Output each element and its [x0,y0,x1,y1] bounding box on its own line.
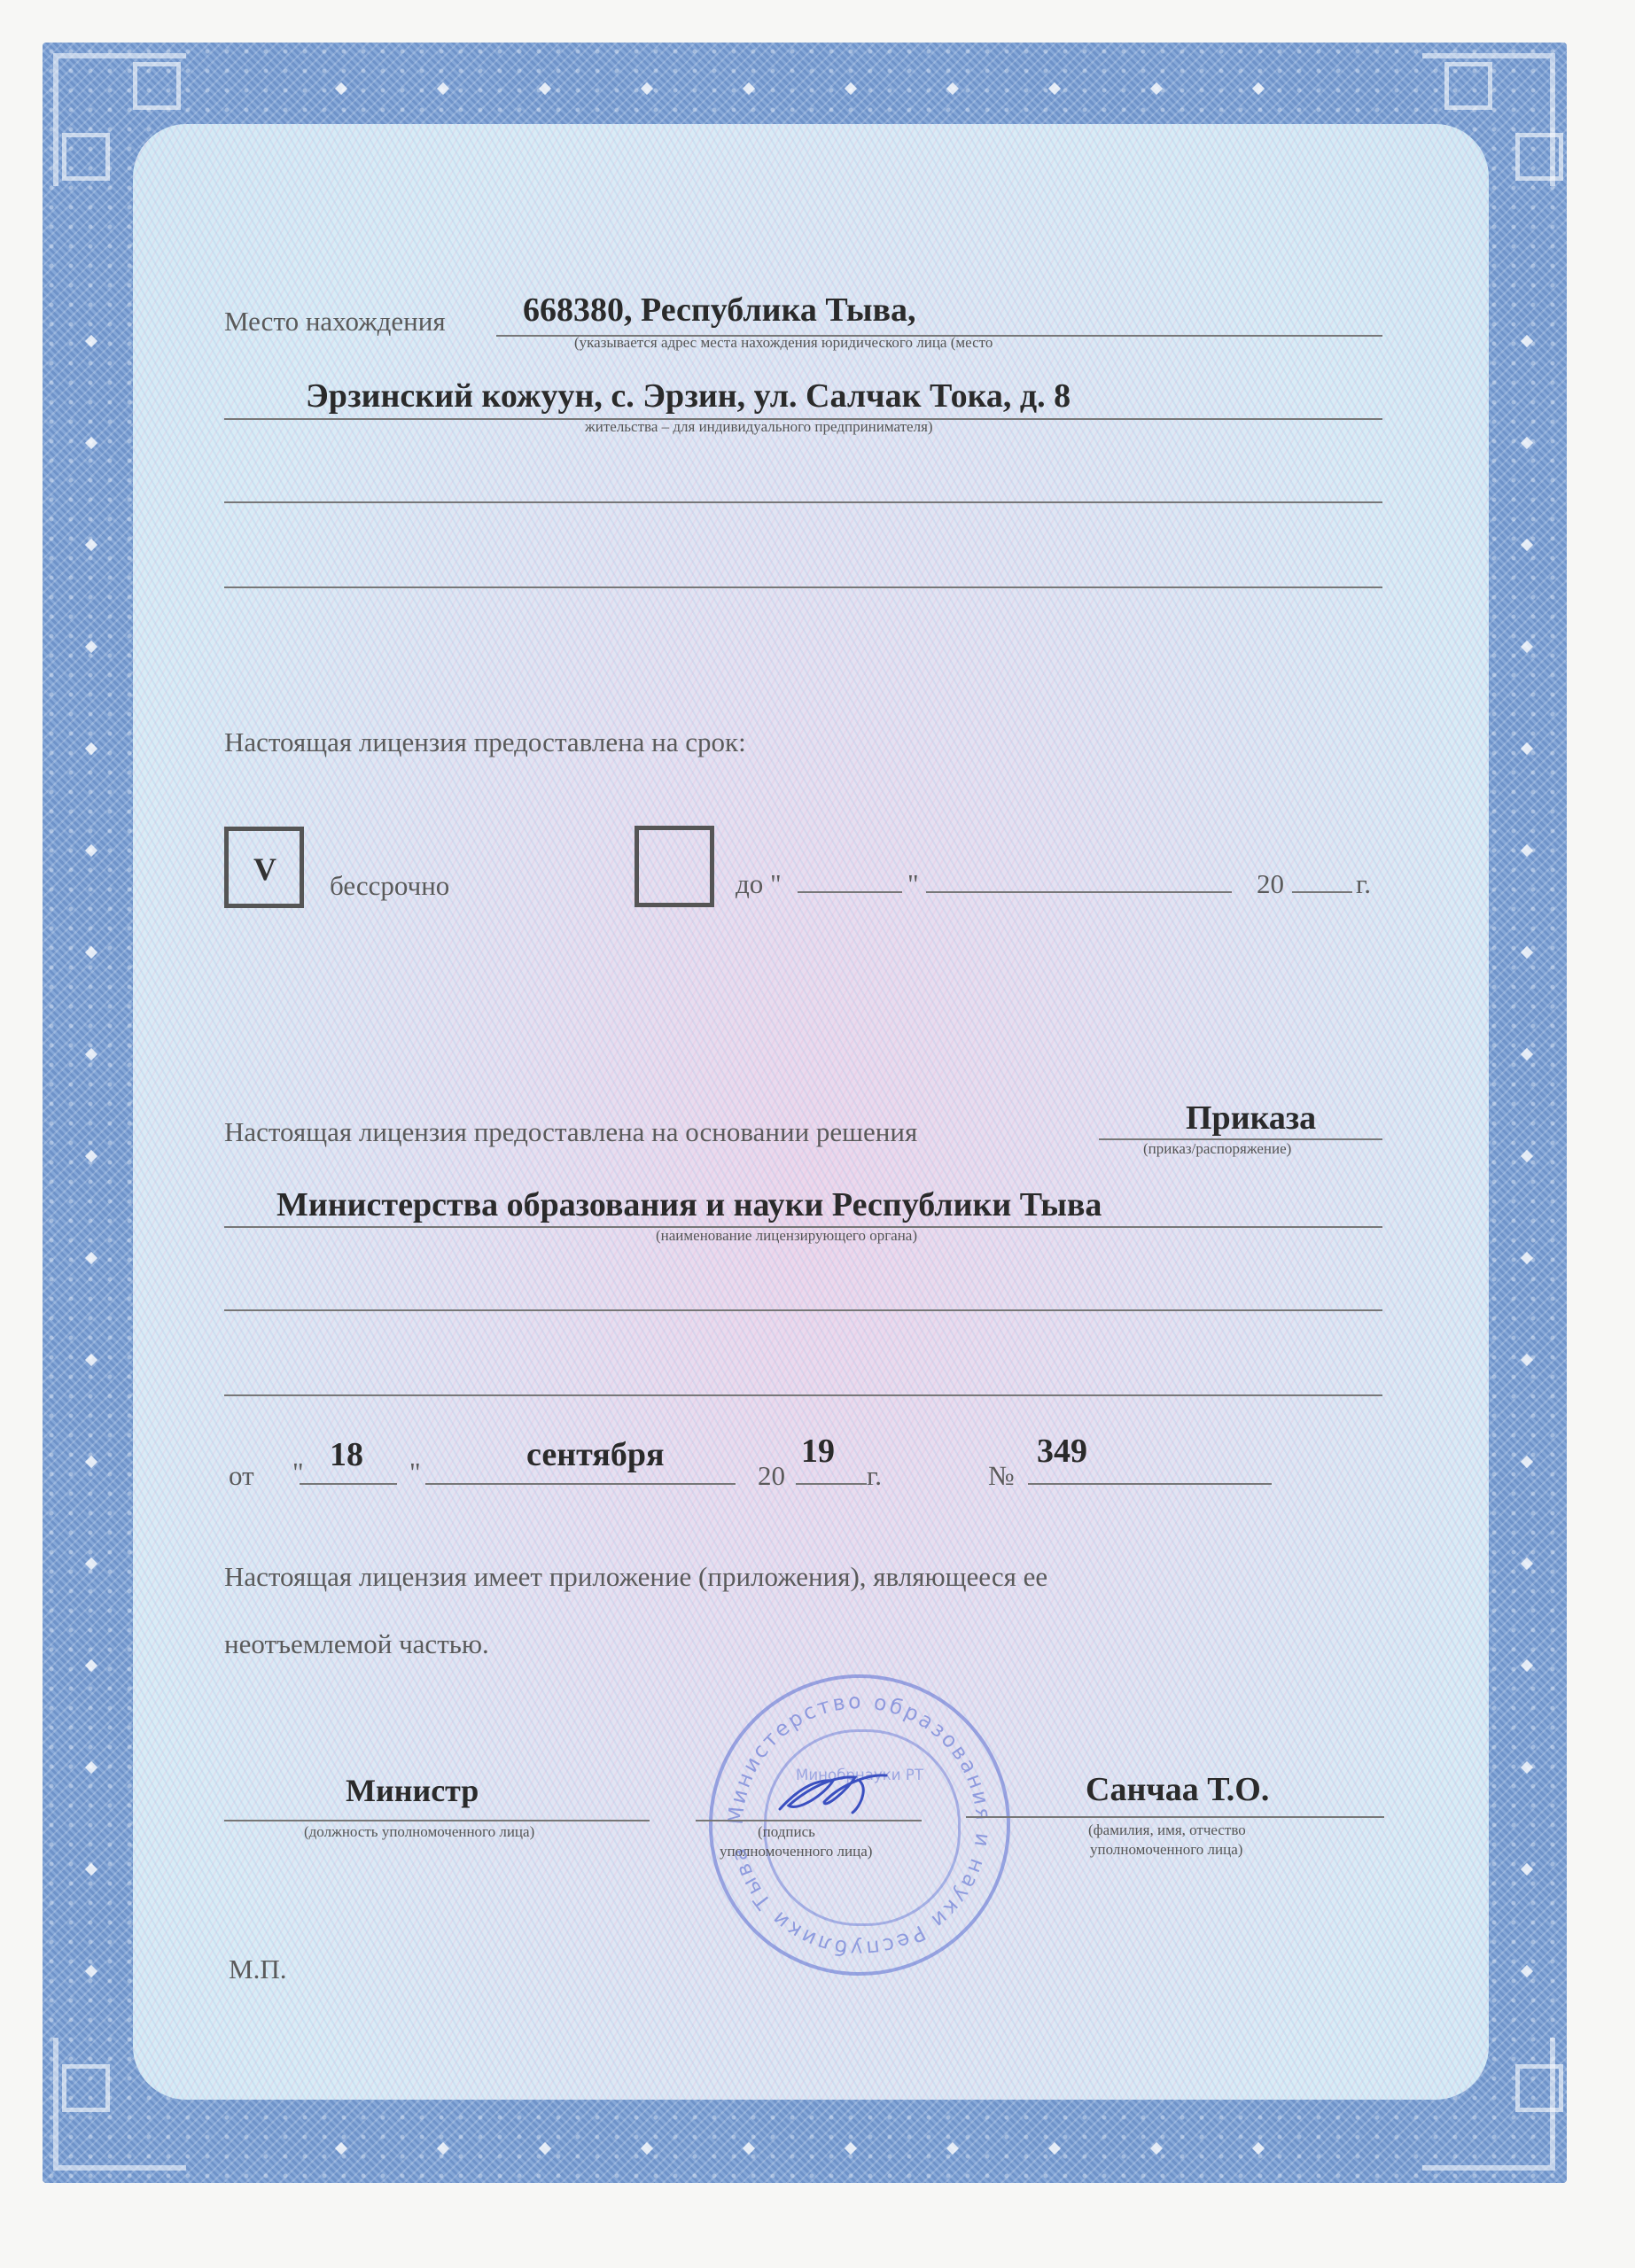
indefinite-label: бессрочно [330,870,449,902]
position-line [224,1820,650,1821]
location-caption-2: жительства – для индивидуального предпри… [585,418,933,436]
until-date-checkbox[interactable] [635,826,714,907]
handwritten-signature [771,1763,895,1825]
signature-caption-1: (подпись [758,1823,815,1841]
date-prefix: от [229,1460,254,1492]
corner-square-ornament [1515,133,1563,181]
license-page: Место нахождения 668380, Республика Тыва… [0,0,1635,2268]
number-line [1028,1483,1272,1485]
until-day-line [798,891,902,893]
until-year-suffix: г. [1356,868,1371,900]
name-line [966,1816,1384,1818]
until-month-line [926,891,1232,893]
signature-line [696,1820,922,1821]
appendix-text-line-1: Настоящая лицензия имеет приложение (при… [224,1561,1047,1593]
location-caption-1: (указывается адрес места нахождения юрид… [574,334,993,352]
position-caption: (должность уполномоченного лица) [304,1823,534,1841]
basis-label: Настоящая лицензия предоставлена на осно… [224,1116,917,1148]
signatory-position: Министр [346,1772,479,1809]
check-mark-icon: V [253,850,276,888]
corner-square-ornament [1515,2064,1563,2112]
name-caption-2: уполномоченного лица) [1090,1841,1242,1859]
term-label: Настоящая лицензия предоставлена на срок… [224,726,746,758]
signature-caption-2: уполномоченного лица) [720,1843,872,1860]
corner-square-ornament [62,2064,110,2112]
license-number: 349 [1037,1432,1087,1471]
authority-caption: (наименование лицензирующего органа) [656,1227,917,1245]
indefinite-checkbox[interactable]: V [224,827,304,908]
date-year-suffix: г. [867,1460,882,1492]
authority-value: Министерства образования и науки Республ… [276,1185,1102,1224]
date-year-prefix: 20 [758,1460,785,1492]
date-close-quote: " [409,1456,421,1488]
until-year-prefix: 20 [1257,868,1284,900]
appendix-text-line-2: неотъемлемой частью. [224,1628,489,1660]
blank-line-2 [224,1394,1382,1396]
location-value-line-2: Эрзинский кожуун, с. Эрзин, ул. Салчак Т… [306,377,1071,416]
corner-square-ornament [62,133,110,181]
until-quote-close: " [907,868,919,900]
corner-square-ornament [133,62,181,110]
date-year: 19 [801,1432,835,1471]
until-prefix: до " [736,868,782,900]
location-value-line-1: 668380, Республика Тыва, [523,291,916,330]
date-day-line [300,1483,397,1485]
number-label: № [988,1460,1015,1492]
location-line-4 [224,586,1382,588]
official-stamp: Министерство образования и науки Республ… [709,1674,1010,1976]
date-day: 18 [330,1435,363,1474]
seal-place-label: М.П. [229,1953,286,1985]
decision-type-value: Приказа [1186,1099,1316,1138]
signatory-name: Санчаа Т.О. [1086,1770,1269,1809]
until-year-line [1292,891,1352,893]
date-month-line [425,1483,736,1485]
date-year-line [796,1483,867,1485]
name-caption-1: (фамилия, имя, отчество [1088,1821,1246,1839]
date-month: сентября [526,1435,665,1474]
blank-line-1 [224,1309,1382,1311]
decision-type-caption: (приказ/распоряжение) [1143,1140,1291,1158]
location-line-3 [224,501,1382,503]
location-label: Место нахождения [224,306,446,338]
corner-square-ornament [1444,62,1492,110]
